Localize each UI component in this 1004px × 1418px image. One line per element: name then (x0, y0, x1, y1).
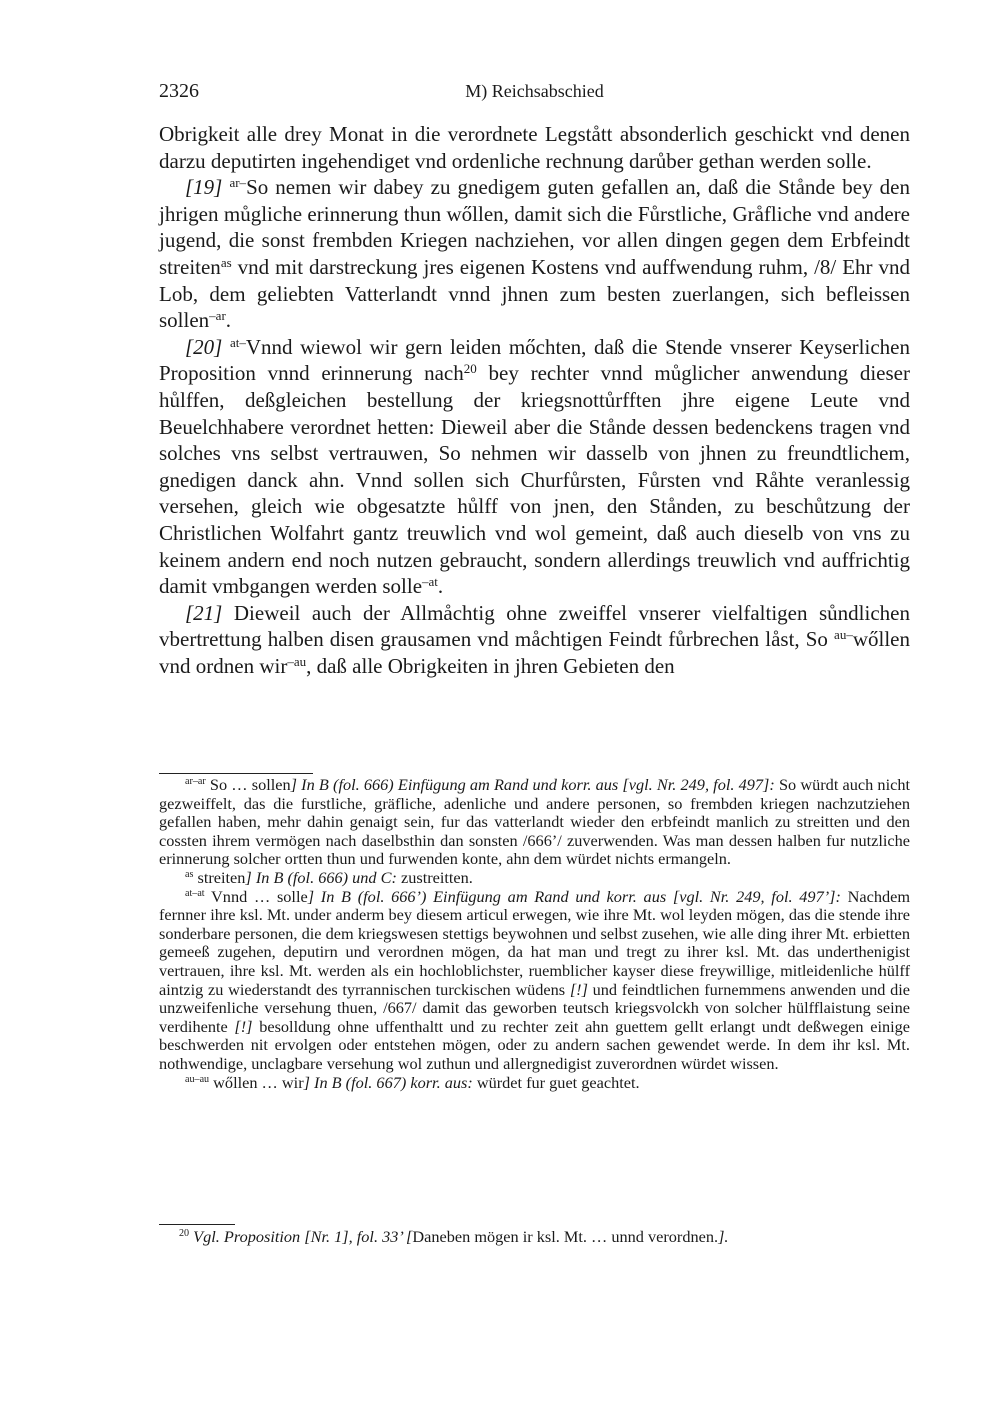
paragraph-continued: Obrigkeit alle drey Monat in die verordn… (159, 121, 910, 174)
sic-mark: [!] (234, 1017, 252, 1036)
editorial-note: ] In B (fol. 667) korr. aus: (304, 1073, 473, 1092)
critical-apparatus: ar–ar So … sollen] In B (fol. 666) Einfü… (159, 776, 910, 1092)
lemma: Vnnd … solle (205, 887, 308, 906)
punctuation: . (226, 308, 231, 332)
footnote-quote: Daneben mögen ir ksl. Mt. … unnd verordn… (412, 1227, 718, 1246)
main-text: Obrigkeit alle drey Monat in die verordn… (159, 121, 910, 679)
page-header: 2326 M) Reichsabschied (159, 80, 910, 106)
lemma: streiten (193, 868, 245, 887)
paragraph-text: , daß alle Obrigkeiten in jhren Gebieten… (306, 654, 675, 678)
apparatus-mark: at– (230, 335, 246, 350)
footnotes: 20 Vgl. Proposition [Nr. 1], fol. 33’ [D… (159, 1227, 910, 1246)
apparatus-siglum: as (185, 869, 193, 880)
footnote-ref-20[interactable]: 20 (464, 361, 477, 376)
apparatus-mark: –at (422, 574, 438, 589)
paragraph-number: [19] (185, 175, 222, 199)
footnote-separator (159, 1224, 235, 1225)
running-title: M) Reichsabschied (159, 81, 910, 102)
paragraph-number: [21] (185, 601, 222, 625)
lemma: So … sollen (206, 775, 291, 794)
apparatus-mark: –au (287, 654, 306, 669)
apparatus-mark: au– (834, 627, 853, 642)
apparatus-siglum: at–at (185, 888, 205, 899)
editorial-note: ] In B (fol. 666) und C: (245, 868, 397, 887)
editorial-note: ] In B (fol. 666’) Einfügung am Rand und… (308, 887, 841, 906)
apparatus-note-ar: ar–ar So … sollen] In B (fol. 666) Einfü… (159, 776, 910, 869)
apparatus-siglum: au–au (185, 1074, 209, 1085)
editorial-note: ] In B (fol. 666) Einfügung am Rand und … (291, 775, 775, 794)
apparatus-note-as: as streiten] In B (fol. 666) und C: zust… (159, 869, 910, 888)
punctuation: . (438, 574, 443, 598)
variant-text: würdet fur guet geachtet. (473, 1073, 640, 1092)
paragraph-20: [20] at–Vnnd wiewol wir gern leiden mőch… (159, 334, 910, 600)
footnote-close: ]. (718, 1227, 728, 1246)
apparatus-mark: –ar (209, 308, 226, 323)
paragraph-text: bey rechter vnnd můglicher anwendung die… (159, 361, 910, 598)
lemma: wőllen … wir (209, 1073, 304, 1092)
paragraph-text: vnd mit darstreckung jres eigenen Kosten… (159, 255, 910, 332)
paragraph-text: Dieweil auch der Allmåchtig ohne zweiffe… (159, 601, 910, 652)
footnote-number: 20 (179, 1228, 189, 1239)
footnote-reference: Vgl. Proposition [Nr. 1], fol. 33’ [ (189, 1227, 412, 1246)
paragraph-21: [21] Dieweil auch der Allmåchtig ohne zw… (159, 600, 910, 680)
apparatus-note-au: au–au wőllen … wir] In B (fol. 667) korr… (159, 1074, 910, 1093)
apparatus-note-at: at–at Vnnd … solle] In B (fol. 666’) Ein… (159, 888, 910, 1074)
paragraph-19: [19] ar–So nemen wir dabey zu gnedigem g… (159, 174, 910, 334)
variant-text: besolldung ohne uffenthaltt und zu recht… (159, 1017, 910, 1073)
apparatus-mark: ar– (229, 175, 246, 190)
footnote-20: 20 Vgl. Proposition [Nr. 1], fol. 33’ [D… (159, 1227, 910, 1246)
variant-text: zustreitten. (397, 868, 473, 887)
sic-mark: [!] (570, 980, 588, 999)
apparatus-mark: as (221, 255, 232, 270)
paragraph-number: [20] (185, 335, 222, 359)
apparatus-separator (159, 773, 313, 774)
apparatus-siglum: ar–ar (185, 776, 206, 787)
